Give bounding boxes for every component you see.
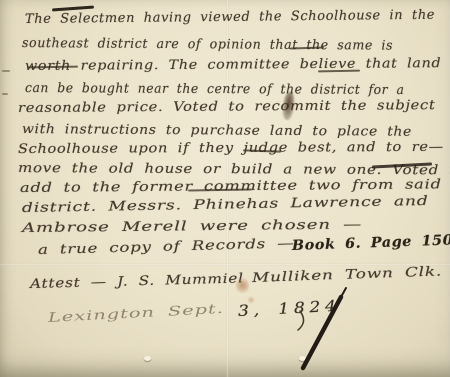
handwritten-line-9: add to the former committee two from sai… bbox=[20, 177, 442, 196]
copy-attestation-text: a true copy of Records — bbox=[38, 236, 295, 258]
handwritten-line-2: southeast district are of opinion that t… bbox=[22, 36, 393, 54]
handwritten-line-7: Schoolhouse upon if they judge best, and… bbox=[18, 140, 444, 157]
document-paper: The Selectmen having viewed the Schoolho… bbox=[0, 0, 450, 377]
handwritten-line-1: The Selectmen having viewed the Schoolho… bbox=[25, 8, 435, 27]
pinhole-speck bbox=[144, 356, 151, 361]
record-book-page-reference: Book 6. Page 150 bbox=[292, 232, 450, 254]
attest-signature: Attest — J. S. Mummiel bbox=[30, 271, 244, 292]
margin-dash bbox=[2, 70, 10, 72]
margin-dash bbox=[2, 93, 8, 95]
handwritten-line-4: can be bought near the centre of the dis… bbox=[25, 81, 404, 98]
place-and-month: Lexington Sept. bbox=[48, 302, 225, 326]
strikethrough-mark bbox=[318, 70, 360, 73]
foxing-stain bbox=[236, 278, 249, 293]
handwritten-line-5: reasonable price. Voted to recommit the … bbox=[18, 98, 436, 116]
foxing-stain bbox=[247, 296, 255, 304]
handwritten-line-8: move the old house or build a new one. V… bbox=[18, 161, 450, 178]
handwritten-line-11: Ambrose Merell were chosen — bbox=[22, 217, 362, 236]
town-clerk-title: Mulliken Town Clk. bbox=[252, 264, 443, 286]
pinhole-speck bbox=[299, 356, 306, 361]
handwritten-line-3: worth repairing. The committee believe t… bbox=[25, 56, 441, 74]
handwritten-line-6: with instructions to purchase land to pl… bbox=[22, 122, 412, 140]
